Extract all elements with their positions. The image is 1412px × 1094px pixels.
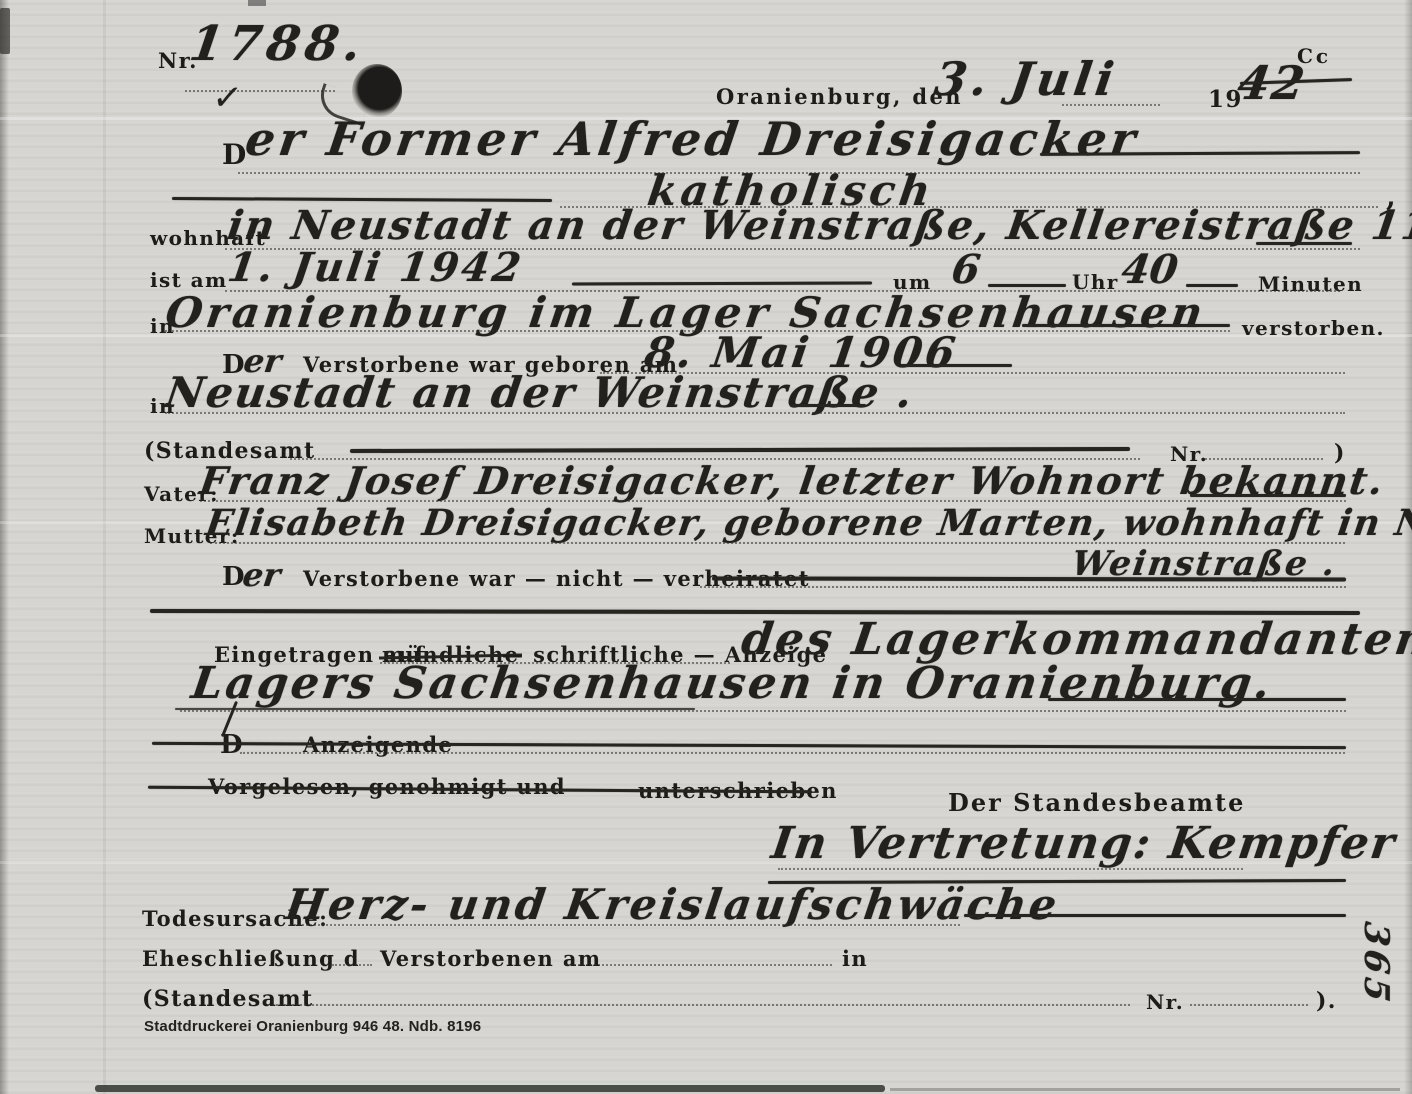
marriage-printed2: Verstorbenen am	[380, 946, 601, 971]
ink-stroke	[572, 281, 872, 285]
ink-stroke	[1256, 242, 1352, 245]
top-left-corner-mark	[0, 8, 10, 54]
mother-entry: Elisabeth Dreisigacker, geborene Marten,…	[203, 502, 1412, 544]
death-hour-entry: 6	[949, 246, 983, 293]
printer-imprint: Stadtdruckerei Oranienburg 946 48. Ndb. …	[144, 1018, 481, 1035]
death-minutes-entry: 40	[1119, 246, 1181, 293]
top-edge-smudge	[248, 0, 266, 6]
registry-number-value: 1788.	[186, 16, 369, 72]
paper-fold-line	[103, 0, 106, 1094]
corner-code: Cc	[1297, 44, 1331, 68]
standesamt-marriage-close: ).	[1316, 988, 1337, 1014]
marriage-label: Eheschließung d	[142, 946, 360, 971]
ink-stroke	[900, 364, 1012, 367]
registration-entry-line2: Lagers Sachsenhausen in Oranienburg.	[188, 658, 1276, 709]
ink-stroke	[964, 914, 1346, 917]
margin-archive-number: 365	[1356, 919, 1396, 1008]
checkmark-annotation: ✓	[210, 78, 244, 118]
dateline-place-label: Oranienburg, den	[716, 84, 963, 109]
standesamt-marriage-label: (Standesamt	[142, 986, 314, 1012]
dotted-rule	[240, 752, 1345, 754]
standesamt-marriage-nr-label: Nr.	[1146, 990, 1184, 1014]
dotted-rule	[1190, 1004, 1308, 1006]
dotted-rule	[165, 412, 1345, 414]
ink-stroke	[988, 284, 1066, 287]
registrar-title: Der Standesbeamte	[948, 788, 1245, 817]
hole-punch-mark	[352, 64, 402, 118]
dotted-rule	[290, 924, 960, 926]
death-certificate-scan: Nr. 1788. ✓ Oranienburg, den 3. Juli 19 …	[0, 0, 1412, 1094]
dateline-day-month-entry: 3. Juli	[931, 52, 1121, 106]
death-time-minuten-label: Minuten	[1258, 272, 1363, 296]
registrar-signature: In Vertretung: Kempfer .	[768, 818, 1412, 869]
dotted-rule	[1062, 104, 1160, 106]
right-edge-shadow	[1404, 0, 1412, 1094]
ink-stroke	[1190, 494, 1346, 497]
dotted-rule	[185, 90, 335, 92]
dotted-rule	[566, 964, 832, 966]
birth-place-entry: Neustadt an der Weinstraße .	[163, 368, 918, 417]
ink-stroke	[790, 404, 866, 407]
ink-stroke	[350, 447, 1130, 453]
dotted-rule	[778, 868, 1243, 870]
dotted-rule	[180, 710, 1346, 712]
death-place-suffix: verstorben.	[1242, 316, 1385, 340]
ink-stroke	[1022, 324, 1230, 327]
dotted-rule	[272, 1004, 1130, 1006]
deceased-name-entry: er Former Alfred Dreisigacker	[242, 112, 1143, 166]
left-edge-shadow	[0, 0, 9, 1094]
bottom-scan-band	[890, 1088, 1400, 1091]
dotted-rule	[332, 964, 372, 966]
cause-of-death-entry: Herz- und Kreislaufschwäche	[283, 880, 1063, 929]
ink-stroke	[1186, 284, 1238, 287]
ink-stroke	[1048, 698, 1346, 701]
bottom-scan-band	[95, 1085, 885, 1092]
dotted-rule	[700, 586, 1346, 588]
death-date-entry: 1. Juli 1942	[225, 244, 527, 291]
marriage-printed3: in	[842, 946, 868, 971]
residence-entry: in Neustadt an der Weinstraße, Kellereis…	[225, 202, 1412, 249]
marital-er-entry: er	[240, 556, 283, 594]
ink-stroke	[1040, 151, 1360, 156]
